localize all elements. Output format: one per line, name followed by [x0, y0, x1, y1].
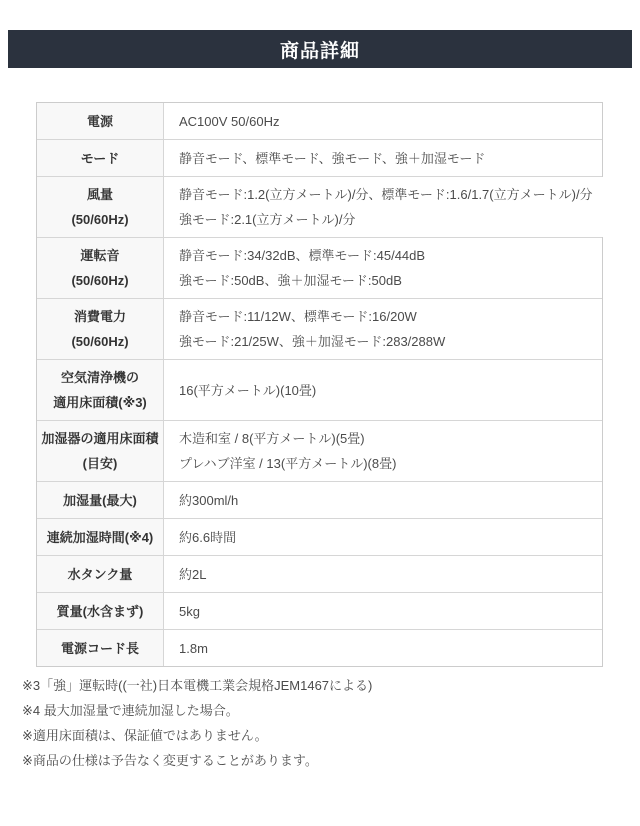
spec-label-text: モード: [81, 146, 119, 171]
spec-label-text: 適用床面積(※3): [53, 390, 147, 415]
spec-value: AC100V 50/60Hz: [164, 103, 602, 139]
spec-value: 約2L: [164, 556, 602, 592]
section-header-bar: 商品詳細: [8, 30, 632, 68]
spec-value-text: 強モード:21/25W、強＋加湿モード:283/288W: [179, 329, 592, 354]
spec-value-text: AC100V 50/60Hz: [179, 109, 592, 134]
spec-label-text: 風量: [87, 182, 113, 207]
spec-value-text: 強モード:50dB、強＋加湿モード:50dB: [179, 268, 592, 293]
spec-label-text: 空気清浄機の: [61, 365, 139, 390]
table-row-water-tank: 水タンク量 約2L: [37, 556, 602, 593]
spec-label-text: (50/60Hz): [71, 268, 128, 293]
footnote: ※3「強」運転時((一社)日本電機工業会規格JEM1467による): [22, 673, 640, 698]
spec-label: 質量(水含まず): [37, 593, 164, 629]
spec-value-text: 約6.6時間: [179, 525, 592, 550]
spec-value-text: 強モード:2.1(立方メートル)/分: [179, 207, 593, 232]
spec-label-text: 連続加湿時間(※4): [47, 525, 154, 550]
spec-value-text: 静音モード、標準モード、強モード、強＋加湿モード: [179, 146, 592, 171]
spec-label: 消費電力 (50/60Hz): [37, 299, 164, 359]
spec-label-text: 電源コード長: [61, 636, 139, 661]
table-row-noise: 運転音 (50/60Hz) 静音モード:34/32dB、標準モード:45/44d…: [37, 238, 602, 299]
spec-value-text: 1.8m: [179, 636, 592, 661]
table-row-weight: 質量(水含まず) 5kg: [37, 593, 602, 630]
spec-value: 1.8m: [164, 630, 602, 666]
spec-value-text: 木造和室 / 8(平方メートル)(5畳): [179, 426, 592, 451]
spec-label-text: (50/60Hz): [71, 329, 128, 354]
spec-label: 水タンク量: [37, 556, 164, 592]
spec-label: 電源コード長: [37, 630, 164, 666]
table-row-mode: モード 静音モード、標準モード、強モード、強＋加湿モード: [37, 140, 602, 177]
spec-value: 静音モード、標準モード、強モード、強＋加湿モード: [164, 140, 602, 176]
table-row-humidify-amount: 加湿量(最大) 約300ml/h: [37, 482, 602, 519]
spec-value-text: 約300ml/h: [179, 488, 592, 513]
spec-label: 風量 (50/60Hz): [37, 177, 164, 237]
table-row-continuous-humidify-time: 連続加湿時間(※4) 約6.6時間: [37, 519, 602, 556]
spec-label: 加湿器の適用床面積 (目安): [37, 421, 164, 481]
spec-table: 電源 AC100V 50/60Hz モード 静音モード、標準モード、強モード、強…: [36, 102, 603, 667]
spec-label-text: 電源: [87, 109, 113, 134]
spec-value-text: 約2L: [179, 562, 592, 587]
spec-value: 約6.6時間: [164, 519, 602, 555]
page-title: 商品詳細: [280, 36, 360, 63]
table-row-airflow: 風量 (50/60Hz) 静音モード:1.2(立方メートル)/分、標準モード:1…: [37, 177, 602, 238]
spec-value-text: 静音モード:34/32dB、標準モード:45/44dB: [179, 243, 592, 268]
footnote: ※商品の仕様は予告なく変更することがあります。: [22, 748, 640, 773]
spec-label: 運転音 (50/60Hz): [37, 238, 164, 298]
spec-value: 静音モード:1.2(立方メートル)/分、標準モード:1.6/1.7(立方メートル…: [164, 177, 603, 237]
spec-value: 静音モード:34/32dB、標準モード:45/44dB 強モード:50dB、強＋…: [164, 238, 602, 298]
footnotes: ※3「強」運転時((一社)日本電機工業会規格JEM1467による) ※4 最大加…: [22, 673, 640, 773]
spec-label-text: 水タンク量: [68, 562, 133, 587]
spec-value-text: 静音モード:11/12W、標準モード:16/20W: [179, 304, 592, 329]
spec-label: 連続加湿時間(※4): [37, 519, 164, 555]
spec-value-text: プレハブ洋室 / 13(平方メートル)(8畳): [179, 451, 592, 476]
spec-value: 5kg: [164, 593, 602, 629]
table-row-purifier-floor-area: 空気清浄機の 適用床面積(※3) 16(平方メートル)(10畳): [37, 360, 602, 421]
table-row-power: 電源 AC100V 50/60Hz: [37, 103, 602, 140]
spec-value-text: 5kg: [179, 599, 592, 624]
spec-label: 電源: [37, 103, 164, 139]
spec-value-text: 静音モード:1.2(立方メートル)/分、標準モード:1.6/1.7(立方メートル…: [179, 182, 593, 207]
spec-label-text: (50/60Hz): [71, 207, 128, 232]
footnote: ※適用床面積は、保証値ではありません。: [22, 723, 640, 748]
spec-label-text: 加湿器の適用床面積: [41, 426, 158, 451]
spec-label-text: 消費電力: [74, 304, 126, 329]
spec-label: 加湿量(最大): [37, 482, 164, 518]
table-row-power-consumption: 消費電力 (50/60Hz) 静音モード:11/12W、標準モード:16/20W…: [37, 299, 602, 360]
spec-value: 約300ml/h: [164, 482, 602, 518]
product-detail-page: 商品詳細 電源 AC100V 50/60Hz モード 静音モード、標準モード、強…: [0, 0, 640, 826]
table-row-humidifier-floor-area: 加湿器の適用床面積 (目安) 木造和室 / 8(平方メートル)(5畳) プレハブ…: [37, 421, 602, 482]
spec-value: 木造和室 / 8(平方メートル)(5畳) プレハブ洋室 / 13(平方メートル)…: [164, 421, 602, 481]
spec-value-text: 16(平方メートル)(10畳): [179, 378, 592, 403]
spec-label-text: 加湿量(最大): [63, 488, 137, 513]
spec-label-text: (目安): [83, 451, 118, 476]
spec-value: 静音モード:11/12W、標準モード:16/20W 強モード:21/25W、強＋…: [164, 299, 602, 359]
spec-label-text: 質量(水含まず): [57, 599, 144, 624]
spec-label: モード: [37, 140, 164, 176]
spec-value: 16(平方メートル)(10畳): [164, 360, 602, 420]
spec-label-text: 運転音: [80, 243, 119, 268]
footnote: ※4 最大加湿量で連続加湿した場合。: [22, 698, 640, 723]
table-row-cord-length: 電源コード長 1.8m: [37, 630, 602, 666]
spec-label: 空気清浄機の 適用床面積(※3): [37, 360, 164, 420]
